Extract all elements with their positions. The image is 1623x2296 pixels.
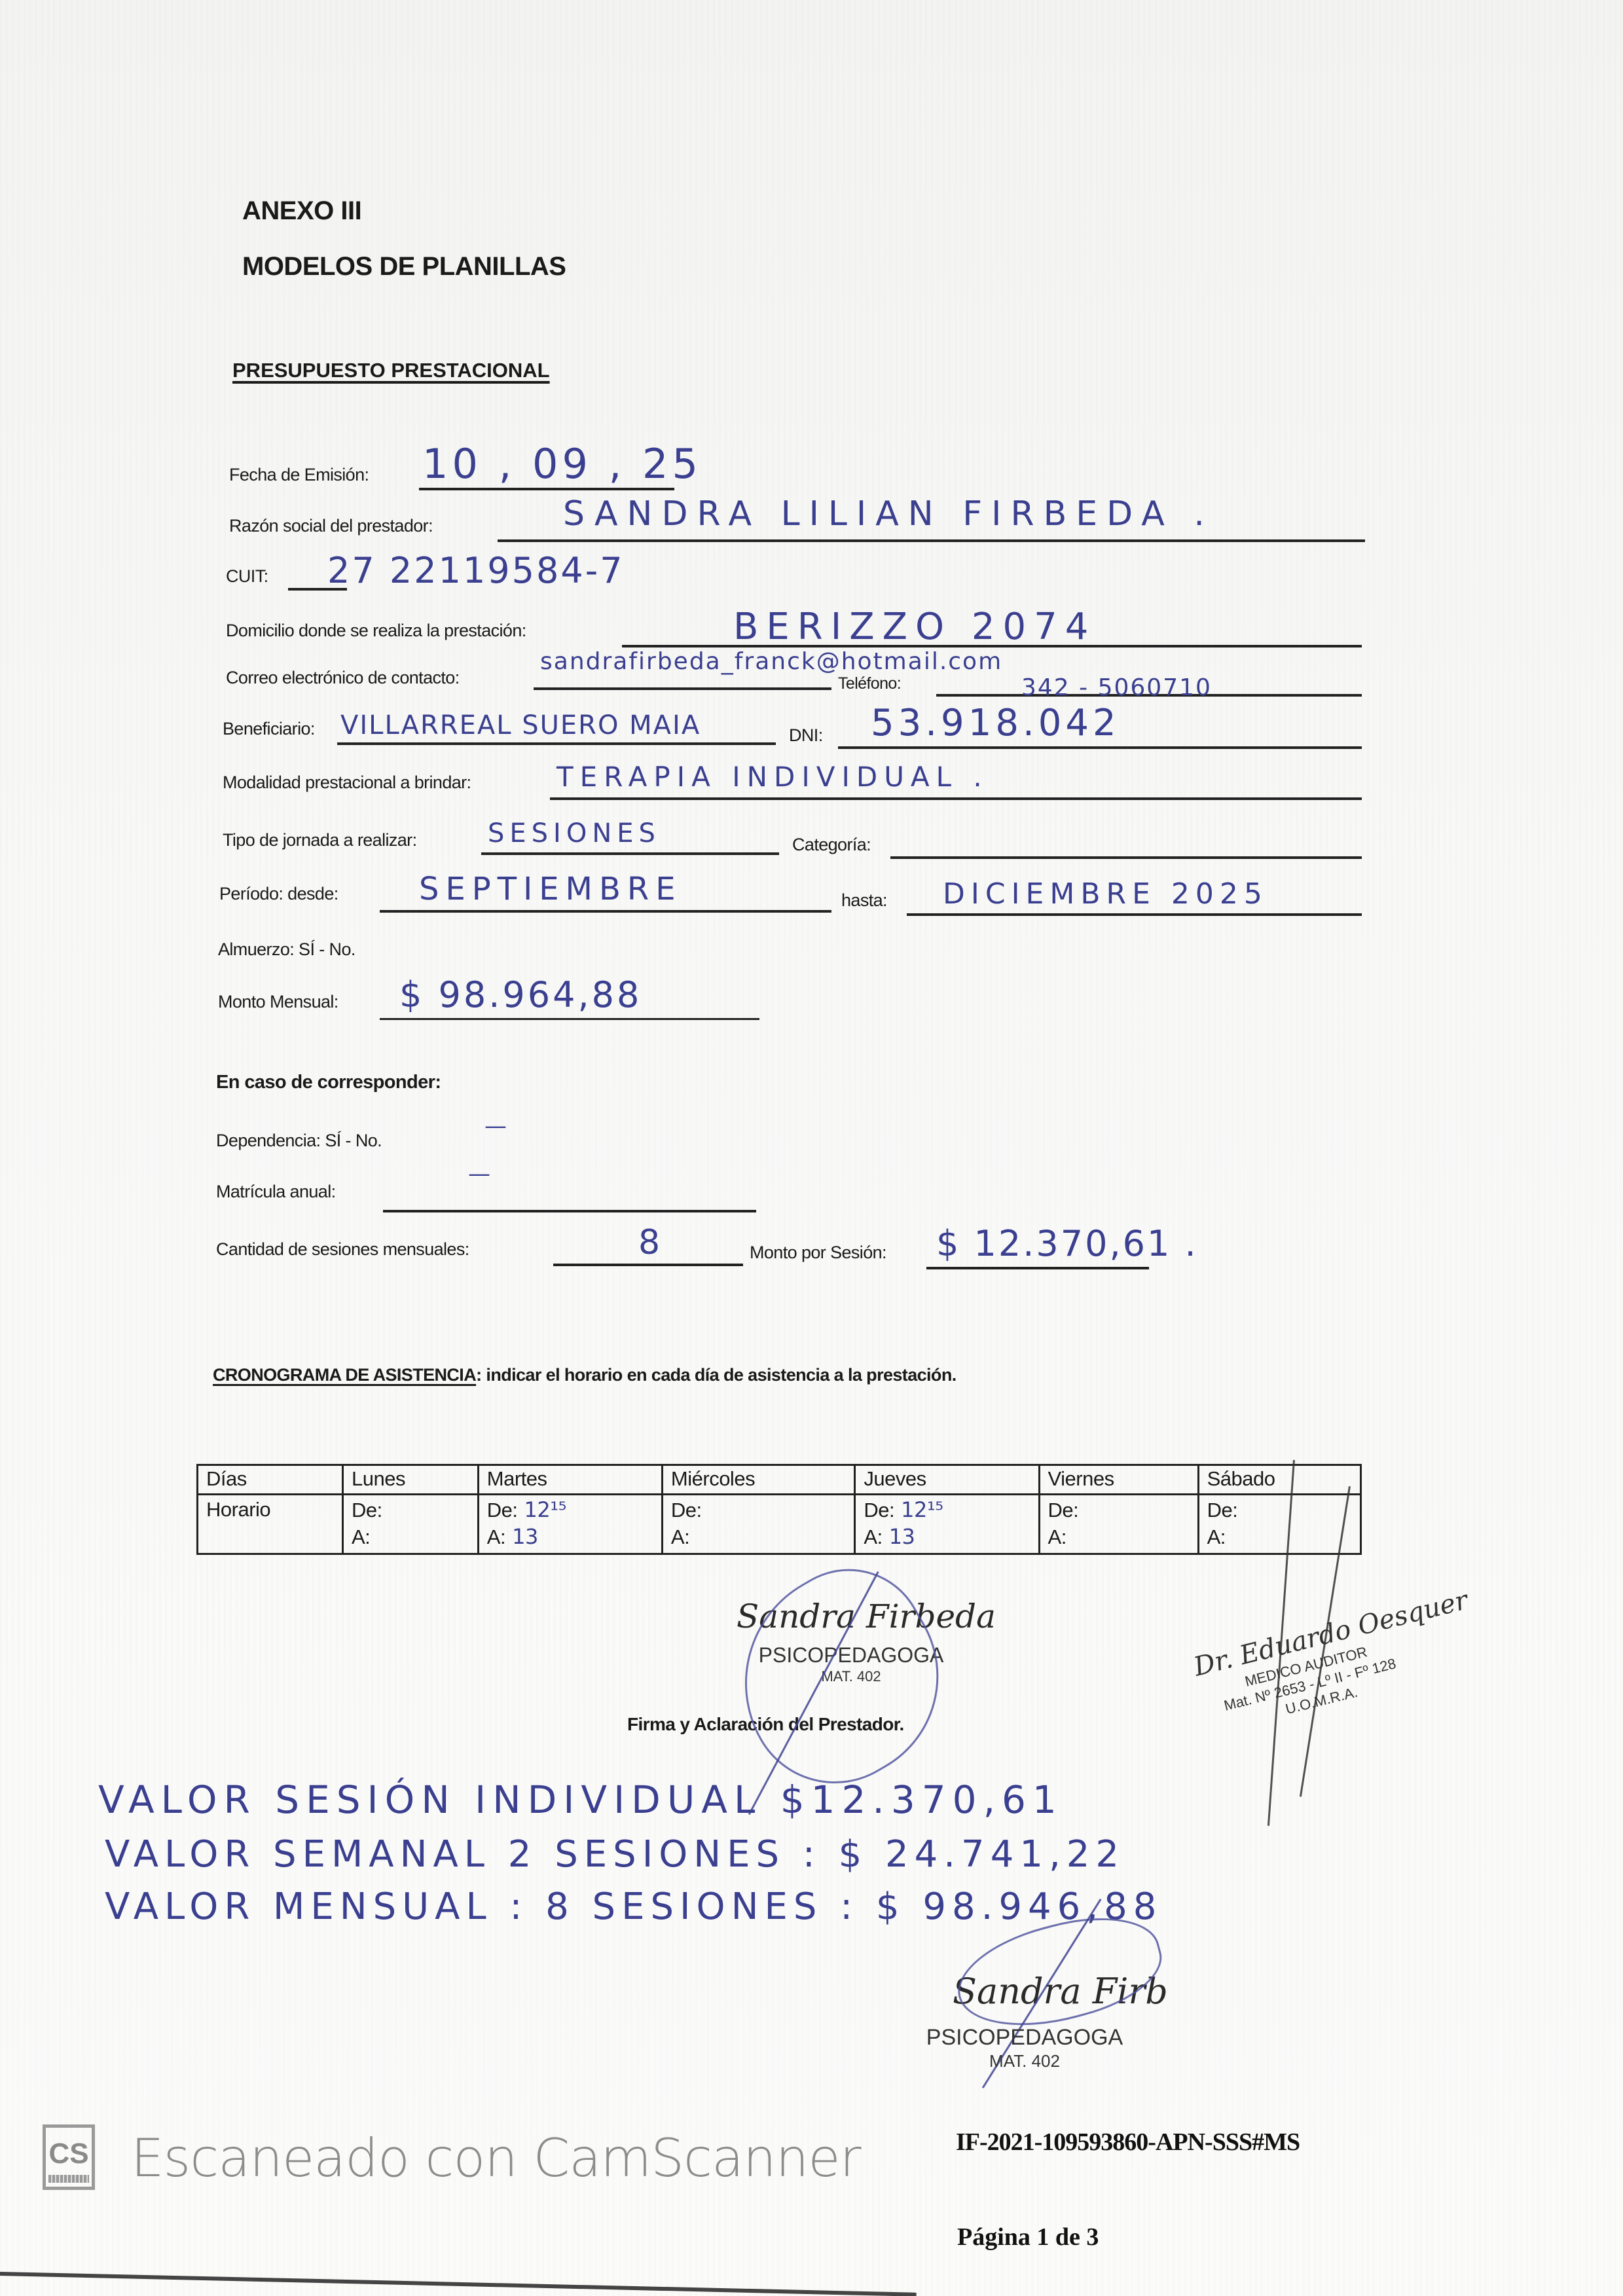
cantidad-sesiones-value[interactable]: 8: [638, 1223, 664, 1262]
de-value[interactable]: 12¹⁵: [901, 1497, 943, 1522]
handwritten-note: VALOR MENSUAL : 8 SESIONES : $ 98.946,88: [105, 1886, 1162, 1928]
day-header: Jueves: [855, 1465, 1039, 1495]
day-hours-cell[interactable]: De:12¹⁵A:13: [855, 1495, 1039, 1554]
a-label: A:: [487, 1525, 505, 1548]
document-title: MODELOS DE PLANILLAS: [242, 252, 566, 282]
day-header: Sábado: [1198, 1465, 1360, 1495]
a-label: A:: [1207, 1525, 1226, 1548]
modalidad-value[interactable]: TERAPIA INDIVIDUAL .: [556, 761, 989, 793]
camscanner-watermark: Escaneado con CamScanner: [131, 2128, 861, 2189]
second-stamp-mat: MAT. 402: [913, 2051, 1136, 2071]
handwritten-note: VALOR SESIÓN INDIVIDUAL $12.370,61: [98, 1777, 1063, 1822]
domicilio-label: Domicilio donde se realiza la prestación…: [226, 621, 526, 641]
cuit-label: CUIT:: [226, 566, 268, 587]
fecha-emision-value[interactable]: 10 , 09 , 25: [422, 440, 702, 488]
row-header-hours: Horario: [198, 1495, 343, 1554]
matricula-value[interactable]: —: [468, 1161, 494, 1187]
beneficiario-label: Beneficiario:: [223, 719, 315, 739]
razon-social-label: Razón social del prestador:: [229, 516, 433, 536]
telefono-label: Teléfono:: [838, 674, 901, 693]
a-label: A:: [1048, 1525, 1067, 1548]
cronograma-instruction: : indicar el horario en cada día de asis…: [476, 1365, 957, 1385]
cuit-value[interactable]: 27 22119584-7: [327, 550, 625, 591]
fecha-emision-label: Fecha de Emisión:: [229, 465, 369, 485]
matricula-label: Matrícula anual:: [216, 1182, 336, 1202]
monto-sesion-value[interactable]: $ 12.370,61 .: [936, 1223, 1198, 1264]
day-hours-cell[interactable]: De:A:: [662, 1495, 854, 1554]
a-label: A:: [671, 1525, 689, 1548]
monto-sesion-label: Monto por Sesión:: [750, 1243, 886, 1263]
dni-label: DNI:: [789, 725, 823, 746]
a-label: A:: [864, 1525, 882, 1548]
day-hours-cell[interactable]: De:A:: [1198, 1495, 1360, 1554]
camscanner-logo-icon: CS: [43, 2124, 95, 2190]
document-id: IF-2021-109593860-APN-SSS#MS: [956, 2128, 1300, 2157]
en-caso-heading: En caso de corresponder:: [216, 1072, 441, 1093]
day-header: Miércoles: [662, 1465, 854, 1495]
attendance-schedule-table: Días Lunes Martes Miércoles Jueves Viern…: [196, 1464, 1362, 1555]
monto-mensual-value[interactable]: $ 98.964,88: [399, 974, 642, 1015]
row-header-days: Días: [198, 1465, 343, 1495]
de-label: De:: [864, 1499, 894, 1522]
razon-social-value[interactable]: SANDRA LILIAN FIRBEDA .: [563, 494, 1214, 534]
table-row-days: Días Lunes Martes Miércoles Jueves Viern…: [198, 1465, 1361, 1495]
dni-value[interactable]: 53.918.042: [871, 702, 1120, 744]
a-value[interactable]: 13: [512, 1524, 538, 1549]
de-label: De:: [671, 1499, 702, 1522]
handwritten-note: VALOR SEMANAL 2 SESIONES : $ 24.741,22: [105, 1833, 1125, 1876]
dependencia-value[interactable]: —: [484, 1113, 511, 1139]
day-header: Viernes: [1039, 1465, 1198, 1495]
almuerzo-label: Almuerzo: SÍ - No.: [218, 939, 356, 960]
dependencia-label: Dependencia: SÍ - No.: [216, 1131, 382, 1151]
periodo-hasta-value[interactable]: DICIEMBRE 2025: [943, 877, 1268, 911]
correo-value[interactable]: sandrafirbeda_franck@hotmail.com: [540, 648, 1002, 675]
categoria-label: Categoría:: [792, 835, 871, 855]
de-label: De:: [487, 1499, 518, 1522]
table-row-hours: Horario De:A: De:12¹⁵A:13 De:A: De:12¹⁵A…: [198, 1495, 1361, 1554]
de-label: De:: [352, 1499, 382, 1522]
annex-title: ANEXO III: [242, 196, 361, 226]
day-hours-cell[interactable]: De:12¹⁵A:13: [478, 1495, 662, 1554]
day-header: Lunes: [343, 1465, 479, 1495]
cronograma-title: CRONOGRAMA DE ASISTENCIA: [213, 1365, 476, 1385]
a-label: A:: [352, 1525, 370, 1548]
correo-label: Correo electrónico de contacto:: [226, 668, 460, 688]
section-title: PRESUPUESTO PRESTACIONAL: [232, 359, 550, 382]
periodo-hasta-label: hasta:: [841, 890, 887, 911]
day-header: Martes: [478, 1465, 662, 1495]
de-label: De:: [1207, 1499, 1238, 1522]
beneficiario-value[interactable]: VILLARREAL SUERO MAIA: [340, 710, 701, 740]
tipo-jornada-value[interactable]: SESIONES: [488, 818, 661, 848]
page-number: Página 1 de 3: [957, 2223, 1099, 2251]
day-hours-cell[interactable]: De:A:: [1039, 1495, 1198, 1554]
modalidad-label: Modalidad prestacional a brindar:: [223, 773, 471, 793]
a-value[interactable]: 13: [889, 1524, 915, 1549]
second-stamp-title: PSICOPEDAGOGA: [913, 2025, 1136, 2050]
de-label: De:: [1048, 1499, 1079, 1522]
day-hours-cell[interactable]: De:A:: [343, 1495, 479, 1554]
cantidad-sesiones-label: Cantidad de sesiones mensuales:: [216, 1239, 469, 1260]
telefono-value[interactable]: 342 - 5060710: [1021, 674, 1212, 701]
tipo-jornada-label: Tipo de jornada a realizar:: [223, 830, 416, 850]
de-value[interactable]: 12¹⁵: [524, 1497, 566, 1522]
domicilio-value[interactable]: BERIZZO 2074: [733, 606, 1096, 648]
periodo-desde-value[interactable]: SEPTIEMBRE: [419, 871, 682, 907]
cronograma-heading: CRONOGRAMA DE ASISTENCIA: indicar el hor…: [213, 1365, 957, 1385]
periodo-desde-label: Período: desde:: [219, 884, 338, 904]
monto-mensual-label: Monto Mensual:: [218, 992, 338, 1012]
